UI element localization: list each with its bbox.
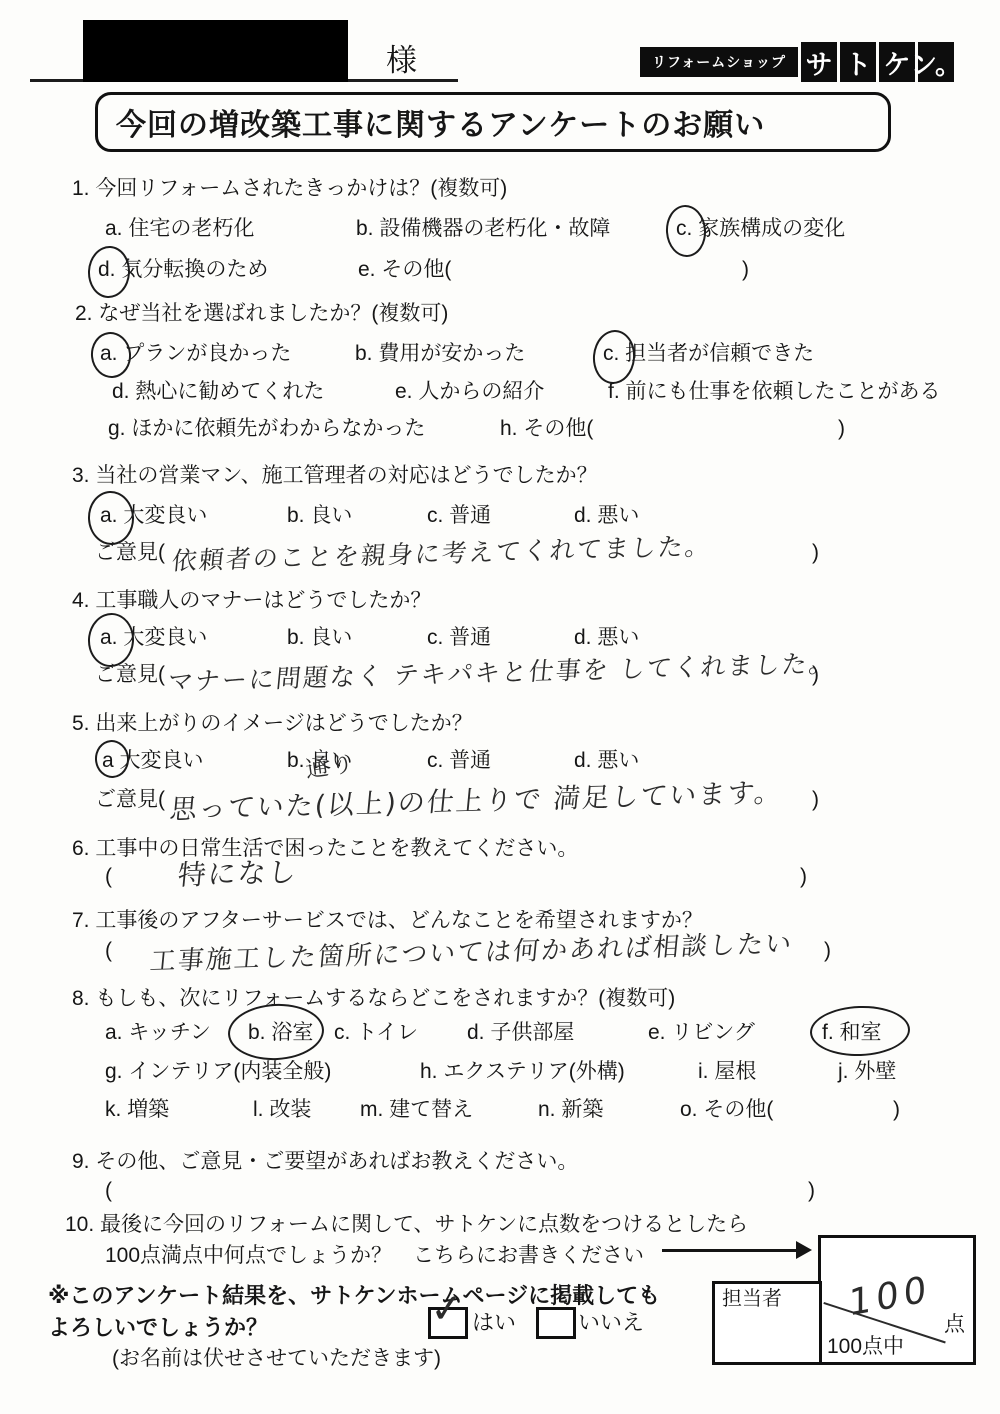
q6-heading: 6. 工事中の日常生活で困ったことを教えてください。	[72, 836, 578, 861]
q5-heading: 5. 出来上がりのイメージはどうでしたか？	[72, 711, 473, 736]
q3-comment-handwriting: 依頼者のことを親身に考えてくれてました。	[170, 526, 713, 577]
circle-mark-q4-a	[86, 611, 136, 668]
q1-option-e-close: )	[742, 257, 749, 282]
q3-option-d: d. 悪い	[574, 503, 639, 528]
q4-comment-handwriting: マナーに問題なく テキパキと仕事を してくれました。	[166, 644, 837, 699]
q5-option-d: d. 悪い	[574, 748, 639, 773]
q8-option-l: l. 改装	[253, 1097, 311, 1122]
logo-brand-char: サ	[801, 42, 837, 82]
q8-option-o-close: )	[893, 1097, 900, 1122]
q4-comment-close: )	[812, 662, 819, 687]
q5-comment-close: )	[812, 787, 819, 812]
q8-option-d: d. 子供部屋	[467, 1020, 574, 1045]
survey-page: 様 リフォームショップ サ ト ケ ン。 今回の増改築工事に関するアンケートのお…	[0, 0, 1000, 1414]
q5-comment-label: ご意見(	[95, 787, 165, 812]
q8-option-m: m. 建て替え	[360, 1097, 473, 1122]
q4-heading: 4. 工事職人のマナーはどうでしたか？	[72, 588, 431, 613]
q8-option-i: i. 屋根	[698, 1059, 756, 1084]
q5-comment-handwriting: 思っていた(以上)の仕上りで 満足しています。	[168, 770, 785, 826]
q8-option-n: n. 新築	[538, 1097, 603, 1122]
logo-brand-char: ト	[840, 42, 876, 82]
survey-title-box: 今回の増改築工事に関するアンケートのお願い	[95, 92, 891, 152]
honorific-label: 様	[386, 42, 417, 79]
q9-close-paren: )	[808, 1178, 815, 1203]
consent-yes-label: はい	[472, 1310, 516, 1336]
circle-mark-q1-c	[664, 204, 708, 259]
q8-option-j: j. 外壁	[838, 1059, 896, 1084]
q9-heading: 9. その他、ご意見・ご要望があればお教えください。	[72, 1149, 578, 1174]
redacted-name-block	[83, 20, 348, 82]
q4-comment-label: ご意見(	[95, 662, 165, 687]
q10-line2: 100点満点中何点でしょうか？ こちらにお書きください	[105, 1243, 644, 1268]
q3-option-c: c. 普通	[427, 503, 491, 528]
q8-option-h: h. エクステリア(外構)	[420, 1059, 625, 1084]
q1-heading: 1. 今回リフォームされたきっかけは？(複数可)	[72, 176, 507, 201]
q7-open-paren: (	[105, 938, 112, 963]
q2-option-d: d. 熱心に勧めてくれた	[112, 379, 324, 404]
q3-heading: 3. 当社の営業マン、施工管理者の対応はどうでしたか？	[72, 463, 598, 488]
score-unit-label: 点	[944, 1312, 965, 1337]
q8-option-c: c. トイレ	[334, 1020, 418, 1045]
q6-open-paren: (	[105, 864, 112, 889]
q4-option-d: d. 悪い	[574, 625, 639, 650]
circle-mark-q1-d	[87, 245, 132, 299]
q10-line1: 10. 最後に今回のリフォームに関して、サトケンに点数をつけるとしたら	[65, 1212, 748, 1237]
circle-mark-q2-a	[89, 330, 134, 380]
consent-line1: ※このアンケート結果を、サトケンホームページに掲載しても	[48, 1283, 660, 1309]
q2-option-g: g. ほかに依頼先がわからなかった	[108, 416, 425, 441]
satoken-logo: リフォームショップ サ ト ケ ン。	[640, 42, 954, 82]
q2-option-f: f. 前にも仕事を依頼したことがある	[608, 379, 941, 404]
q7-close-paren: )	[824, 938, 831, 963]
circle-mark-q8-f	[809, 1004, 911, 1057]
q2-option-b: b. 費用が安かった	[355, 341, 525, 366]
consent-no-label: いいえ	[578, 1310, 644, 1336]
consent-line2: よろしいでしょうか？	[48, 1315, 268, 1341]
consent-note: (お名前は伏せさせていただきます)	[112, 1346, 441, 1371]
q2-option-h-close: )	[838, 416, 845, 441]
q8-option-e: e. リビング	[648, 1020, 755, 1045]
q4-option-c: c. 普通	[427, 625, 491, 650]
q8-option-g: g. インテリア(内装全般)	[105, 1059, 331, 1084]
arrow-icon	[662, 1249, 798, 1252]
q8-option-o: o. その他(	[680, 1097, 773, 1122]
score-denominator-label: 100点中	[827, 1334, 904, 1359]
circle-mark-q2-c	[591, 328, 638, 385]
q2-option-e: e. 人からの紹介	[395, 379, 544, 404]
q3-option-b: b. 良い	[287, 503, 352, 528]
q3-comment-label: ご意見(	[95, 540, 165, 565]
q1-option-a: a. 住宅の老朽化	[105, 216, 254, 241]
q4-option-b: b. 良い	[287, 625, 352, 650]
survey-title: 今回の増改築工事に関するアンケートのお願い	[116, 100, 765, 144]
circle-mark-q5-a	[93, 739, 130, 780]
logo-brand-char: ン。	[918, 42, 954, 82]
staff-label: 担当者	[722, 1287, 782, 1311]
check-mark-icon: ✓	[428, 1285, 467, 1333]
arrow-head-icon	[796, 1241, 812, 1259]
logo-shop-label: リフォームショップ	[640, 47, 798, 77]
q5-insertion-handwriting: 通り	[303, 745, 357, 785]
consent-no-checkbox	[536, 1307, 576, 1339]
q5-option-c: c. 普通	[427, 748, 491, 773]
q1-option-b: b. 設備機器の老朽化・故障	[356, 216, 610, 241]
q1-option-e: e. その他(	[358, 257, 451, 282]
q6-close-paren: )	[800, 864, 807, 889]
circle-mark-q3-a	[87, 490, 136, 546]
q8-option-a: a. キッチン	[105, 1020, 211, 1045]
q8-heading: 8. もしも、次にリフォームするならどこをされますか？(複数可)	[72, 986, 675, 1011]
q6-answer-handwriting: 特になし	[176, 850, 300, 893]
q3-comment-close: )	[812, 540, 819, 565]
q9-open-paren: (	[105, 1178, 112, 1203]
q2-option-h: h. その他(	[500, 416, 593, 441]
q2-heading: 2. なぜ当社を選ばれましたか？(複数可)	[75, 301, 448, 326]
q8-option-k: k. 増築	[105, 1097, 169, 1122]
